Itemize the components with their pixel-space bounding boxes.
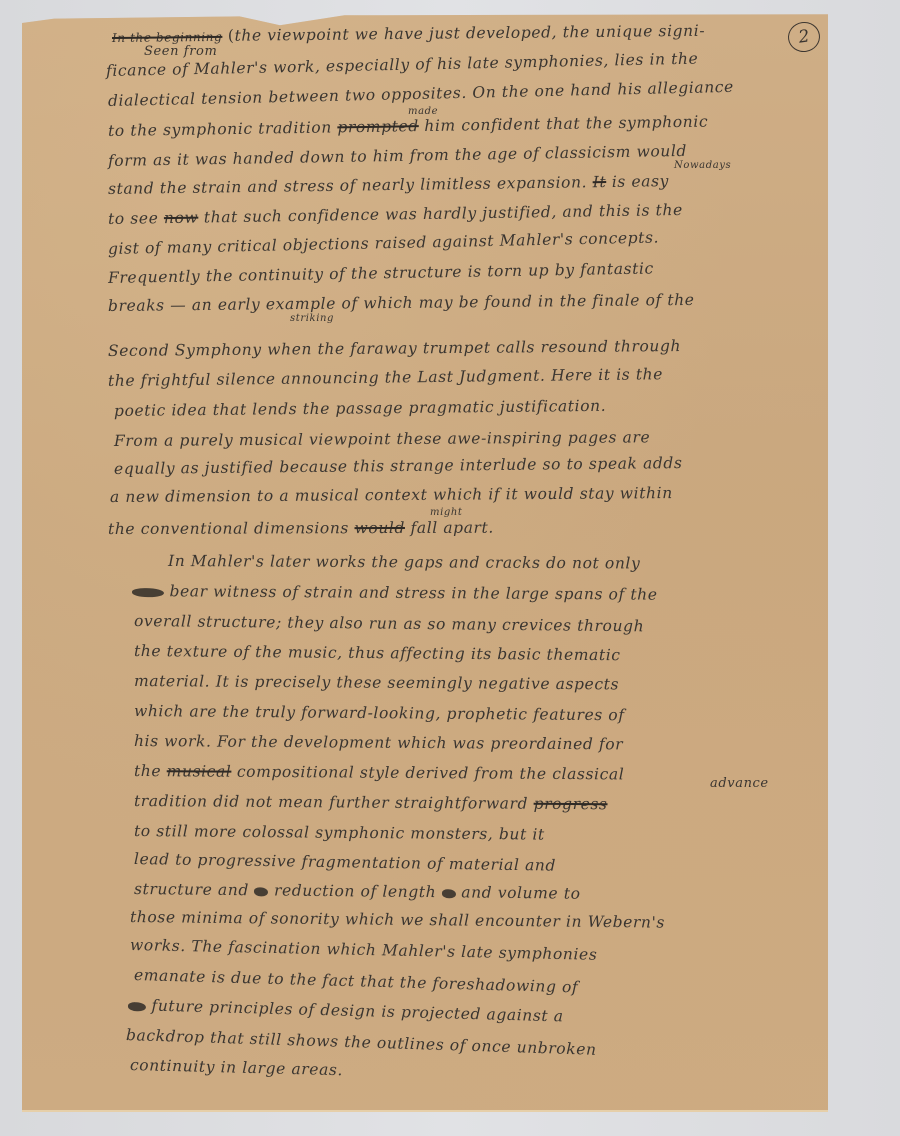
struck-text: In the beginning bbox=[112, 30, 222, 45]
line-text: is easy bbox=[612, 172, 669, 191]
manuscript-line: tradition did not mean further straightf… bbox=[134, 792, 608, 813]
manuscript-line: the musical compositional style derived … bbox=[134, 762, 624, 783]
struck-text: now bbox=[164, 209, 199, 228]
ink-blot bbox=[128, 1002, 146, 1011]
manuscript-line: to still more colossal symphonic monster… bbox=[134, 822, 545, 844]
struck-text: It bbox=[593, 173, 607, 191]
line-text: compositional style derived from the cla… bbox=[237, 763, 625, 784]
line-text: and volume to bbox=[461, 883, 580, 902]
ink-blot bbox=[254, 887, 268, 896]
struck-text: musical bbox=[167, 762, 232, 780]
line-text: fall apart. bbox=[410, 519, 493, 537]
line-text: the bbox=[134, 762, 161, 780]
interlinear-insert: Seen from bbox=[144, 44, 217, 59]
manuscript-line: From a purely musical viewpoint these aw… bbox=[114, 428, 650, 450]
interlinear-insert: Nowadays bbox=[674, 160, 731, 171]
line-text: the conventional dimensions bbox=[108, 519, 349, 538]
struck-text: would bbox=[354, 519, 405, 537]
interlinear-insert: might bbox=[430, 507, 463, 518]
line-text: reduction of length bbox=[274, 881, 436, 901]
interlinear-insert: made bbox=[408, 106, 438, 117]
line-text: to still more colossal symphonic monster… bbox=[134, 822, 545, 844]
ink-blot bbox=[132, 588, 164, 597]
line-text: his work. For the development which was … bbox=[134, 732, 623, 753]
line-text: structure and bbox=[134, 880, 249, 899]
interlinear-insert: striking bbox=[290, 313, 334, 324]
manuscript-line: material. It is precisely these seemingl… bbox=[134, 672, 619, 693]
manuscript-line: his work. For the development which was … bbox=[134, 732, 623, 753]
line-text: tradition did not mean further straightf… bbox=[134, 792, 528, 813]
struck-text: prompted bbox=[337, 117, 419, 136]
ink-blot bbox=[442, 889, 456, 898]
manuscript-line: the conventional dimensions would fall a… bbox=[108, 519, 494, 538]
line-text: material. It is precisely these seemingl… bbox=[134, 672, 619, 693]
manuscript-line: bear witness of strain and stress in the… bbox=[132, 582, 658, 604]
line-text: bear witness of strain and stress in the… bbox=[169, 582, 657, 603]
line-text: From a purely musical viewpoint these aw… bbox=[114, 428, 650, 450]
line-text: to the symphonic tradition bbox=[108, 118, 332, 140]
struck-text: progress bbox=[534, 795, 608, 814]
line-text: to see bbox=[108, 209, 159, 228]
interlinear-insert: advance bbox=[710, 776, 769, 791]
line-text: In Mahler's later works the gaps and cra… bbox=[168, 552, 640, 572]
paragraph-start-line: In Mahler's later works the gaps and cra… bbox=[168, 552, 640, 572]
